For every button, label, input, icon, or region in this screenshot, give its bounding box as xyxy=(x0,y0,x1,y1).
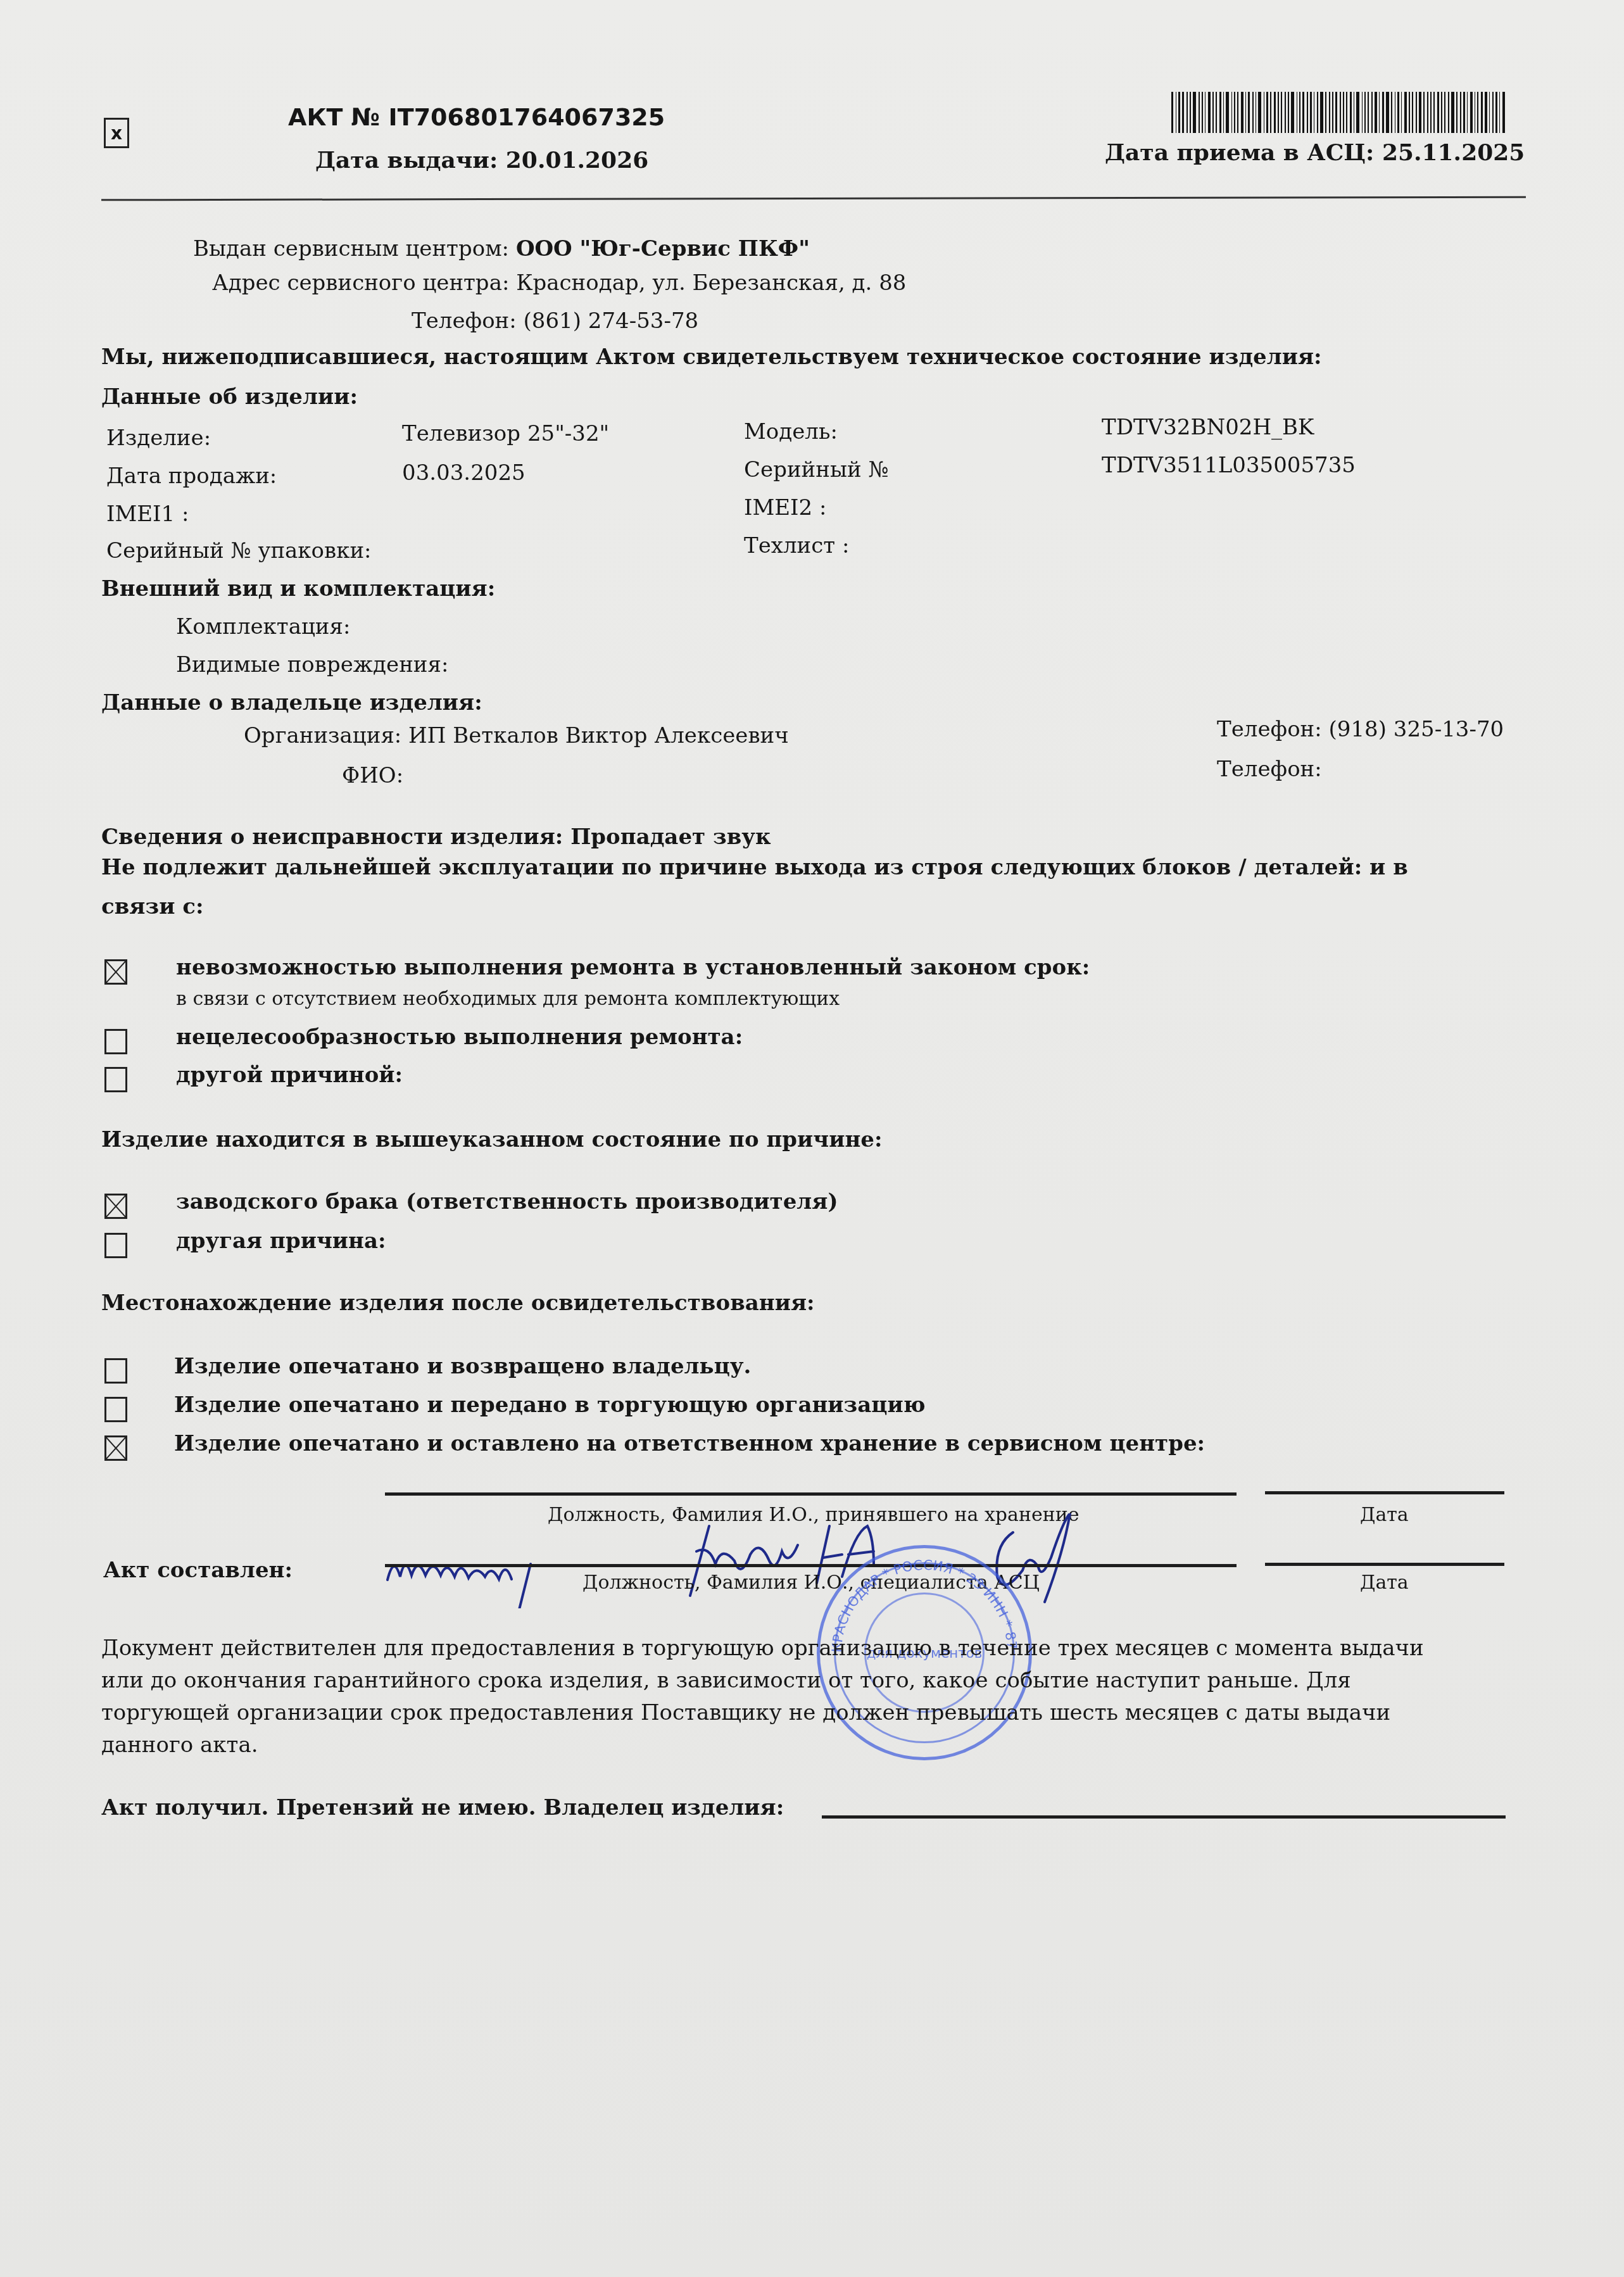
barcode-bar xyxy=(1288,92,1290,133)
barcode-bar xyxy=(1395,92,1396,133)
barcode-bar xyxy=(1448,92,1449,133)
organization-value: ИП Веткалов Виктор Алексеевич xyxy=(408,723,789,748)
barcode-bar xyxy=(1248,92,1250,133)
barcode-bar xyxy=(1412,92,1413,133)
barcode-bar xyxy=(1241,92,1243,133)
barcode-bar xyxy=(1302,92,1304,133)
barcode-bar xyxy=(1463,92,1465,133)
barcode-bar xyxy=(1499,92,1501,133)
barcode-bar xyxy=(1492,92,1494,133)
serial-label: Серийный № xyxy=(744,457,889,483)
validity-line-4: данного акта. xyxy=(101,1732,258,1758)
barcode-bar xyxy=(1178,92,1180,133)
location-label-2: Изделие опечатано и передано в торгующую… xyxy=(174,1392,926,1418)
organization-label: Организация: xyxy=(244,723,401,748)
barcode-bar xyxy=(1470,92,1472,133)
barcode-bar xyxy=(1379,92,1380,133)
validity-line-1: Документ действителен для предоставления… xyxy=(101,1636,1424,1661)
barcode-bar xyxy=(1375,92,1376,133)
barcode-bar xyxy=(1176,92,1177,133)
package-serial-label: Серийный № упаковки: xyxy=(106,538,372,564)
barcode-bar xyxy=(1285,92,1286,133)
damage-label: Видимые повреждения: xyxy=(176,652,448,678)
barcode-bar xyxy=(1237,92,1239,133)
handwritten-signature xyxy=(380,1513,1152,1608)
location-heading: Местонахождение изделия после освидетель… xyxy=(101,1290,815,1316)
barcode-bar xyxy=(1350,92,1352,133)
received-statement: Акт получил. Претензий не имею. Владелец… xyxy=(101,1795,784,1820)
not-usable-cont: связи с: xyxy=(101,894,203,919)
location-checkbox-2[interactable] xyxy=(104,1397,127,1422)
model-value: TDTV32BN02H_BK xyxy=(1102,415,1314,440)
issued-by-label: Выдан сервисным центром: xyxy=(193,236,509,262)
barcode-bar xyxy=(1216,92,1218,133)
barcode-bar xyxy=(1190,92,1191,133)
validity-line-2: или до окончания гарантийного срока изде… xyxy=(101,1668,1351,1693)
storage-date-caption: Дата xyxy=(1360,1504,1409,1526)
location-label-3: Изделие опечатано и оставлено на ответст… xyxy=(174,1431,1205,1456)
barcode-bar xyxy=(1467,92,1468,133)
receipt-date: Дата приема в АСЦ: 25.11.2025 xyxy=(1105,139,1525,166)
appearance-heading: Внешний вид и комплектация: xyxy=(101,576,495,602)
barcode-bar xyxy=(1329,92,1331,133)
barcode-bar xyxy=(1205,92,1206,133)
barcode-bar xyxy=(1252,92,1254,133)
validity-line-3: торгующей организации срок предоставлени… xyxy=(101,1700,1390,1725)
cause-label-1: заводского брака (ответственность произв… xyxy=(176,1189,838,1214)
barcode-bar xyxy=(1256,92,1257,133)
cause-heading: Изделие находится в вышеуказанном состоя… xyxy=(101,1127,882,1152)
barcode-bar xyxy=(1270,92,1271,133)
owner-signature-line[interactable] xyxy=(822,1815,1506,1819)
barcode-bar xyxy=(1460,92,1462,133)
phone-label: Телефон: xyxy=(412,308,517,334)
barcode-bar xyxy=(1291,92,1294,133)
barcode-bar xyxy=(1416,92,1417,133)
owner-phone-2: Телефон: xyxy=(1217,757,1322,782)
barcode-bar xyxy=(1332,92,1333,133)
barcode-bar xyxy=(1202,92,1203,133)
barcode-bar xyxy=(1475,92,1476,133)
barcode-bar xyxy=(1397,92,1399,133)
barcode-bar xyxy=(1231,92,1233,133)
header-divider xyxy=(101,196,1526,201)
barcode-bar xyxy=(1208,92,1210,133)
not-usable-statement: Не подлежит дальнейшей эксплуатации по п… xyxy=(101,855,1408,880)
barcode-bar xyxy=(1317,92,1318,133)
specialist-signature-line[interactable] xyxy=(385,1564,1237,1567)
sale-date-value: 03.03.2025 xyxy=(402,460,526,486)
barcode-bar xyxy=(1391,92,1392,133)
barcode-bar xyxy=(1368,92,1369,133)
reason-note-1: в связи с отсутствием необходимых для ре… xyxy=(176,988,840,1010)
barcode-bar xyxy=(1451,92,1454,133)
barcode-bar xyxy=(1430,92,1432,133)
reason-label-2: нецелесообразностью выполнения ремонта: xyxy=(176,1025,743,1050)
barcode-bar xyxy=(1437,92,1439,133)
service-center-phone: Телефон: (861) 274-53-78 xyxy=(412,308,698,334)
defect-info: Сведения о неисправности изделия: Пропад… xyxy=(101,824,771,850)
barcode-bar xyxy=(1362,92,1363,133)
barcode-bar xyxy=(1335,92,1337,133)
barcode-bar xyxy=(1182,92,1184,133)
barcode-bar xyxy=(1219,92,1221,133)
techlist-label: Техлист : xyxy=(744,533,849,558)
document-page: x АКТ № IT706801764067325 Дата выдачи: 2… xyxy=(0,0,1624,2277)
act-made-label: Акт составлен: xyxy=(103,1558,293,1583)
owner-heading: Данные о владельце изделия: xyxy=(101,690,482,716)
reason-checkbox-2[interactable] xyxy=(104,1029,127,1054)
barcode-bar xyxy=(1427,92,1429,133)
barcode-bar xyxy=(1477,92,1478,133)
cause-checkbox-2[interactable] xyxy=(104,1233,127,1258)
barcode-bar xyxy=(1346,92,1348,133)
intro-statement: Мы, нижеподписавшиеся, настоящим Актом с… xyxy=(101,344,1322,370)
issued-by-value: ООО "Юг-Сервис ПКФ" xyxy=(516,236,810,262)
location-label-1: Изделие опечатано и возвращено владельцу… xyxy=(174,1354,751,1379)
service-center-address: Адрес сервисного центра: Краснодар, ул. … xyxy=(212,270,906,296)
barcode-bar xyxy=(1423,92,1425,133)
barcode-bar xyxy=(1433,92,1435,133)
location-checkbox-1[interactable] xyxy=(104,1358,127,1384)
owner-phone-1: Телефон: (918) 325-13-70 xyxy=(1217,717,1504,742)
barcode-bar xyxy=(1258,92,1261,133)
barcode-bar xyxy=(1278,92,1280,133)
barcode-bar xyxy=(1343,92,1344,133)
specialist-date-line[interactable] xyxy=(1265,1563,1504,1566)
barcode-bar xyxy=(1485,92,1487,133)
barcode-bar xyxy=(1226,92,1228,133)
imei2-label: IMEI2 : xyxy=(744,495,826,520)
barcode-bar xyxy=(1245,92,1247,133)
barcode-bar xyxy=(1281,92,1282,133)
imei1-label: IMEI1 : xyxy=(106,501,189,527)
close-box-icon: x xyxy=(104,118,129,148)
address-label: Адрес сервисного центра: xyxy=(212,270,509,296)
barcode-bar xyxy=(1320,92,1323,133)
owner-organization: Организация: ИП Веткалов Виктор Алексеев… xyxy=(244,723,789,748)
product-label: Изделие: xyxy=(106,426,211,451)
act-number: АКТ № IT706801764067325 xyxy=(288,103,665,131)
reason-checkbox-3[interactable] xyxy=(104,1067,127,1092)
reason-checkbox-1[interactable] xyxy=(104,959,127,985)
product-heading: Данные об изделии: xyxy=(101,384,358,410)
barcode-bar xyxy=(1266,92,1268,133)
barcode-bar xyxy=(1264,92,1265,133)
barcode-bar xyxy=(1354,92,1355,133)
barcode-bar xyxy=(1310,92,1312,133)
barcode-bar xyxy=(1274,92,1276,133)
barcode-bar xyxy=(1356,92,1359,133)
barcode-bar xyxy=(1299,92,1300,133)
location-checkbox-3[interactable] xyxy=(104,1435,127,1461)
barcode-bar xyxy=(1386,92,1389,133)
barcode-bar xyxy=(1481,92,1483,133)
barcode-bar xyxy=(1371,92,1373,133)
barcode-bar xyxy=(1171,92,1173,133)
model-label: Модель: xyxy=(744,419,838,445)
barcode-bar xyxy=(1382,92,1384,133)
barcode-bar xyxy=(1223,92,1224,133)
barcode-bar xyxy=(1297,92,1298,133)
sale-date-label: Дата продажи: xyxy=(106,464,277,489)
barcode-bar xyxy=(1495,92,1497,133)
barcode-bar xyxy=(1404,92,1406,133)
service-center-issued: Выдан сервисным центром: ООО "Юг-Сервис … xyxy=(193,236,810,262)
barcode-bar xyxy=(1325,92,1326,133)
barcode-bar xyxy=(1419,92,1421,133)
completeness-label: Комплектация: xyxy=(176,614,350,640)
barcode-bar xyxy=(1187,92,1188,133)
barcode-bar xyxy=(1199,92,1200,133)
barcode-bar xyxy=(1193,92,1196,133)
product-value: Телевизор 25"-32" xyxy=(402,421,609,446)
serial-value: TDTV3511L035005735 xyxy=(1102,453,1356,478)
barcode-bar xyxy=(1401,92,1402,133)
barcode-bar xyxy=(1212,92,1214,133)
issue-date: Дата выдачи: 20.01.2026 xyxy=(315,147,648,173)
barcode-bar xyxy=(1441,92,1443,133)
barcode-bar xyxy=(1444,92,1445,133)
phone-value: (861) 274-53-78 xyxy=(524,308,699,334)
fio-label: ФИО: xyxy=(342,763,403,788)
specialist-date-caption: Дата xyxy=(1360,1572,1409,1594)
barcode-bar xyxy=(1456,92,1457,133)
reason-label-3: другой причиной: xyxy=(176,1063,403,1088)
reason-label-1: невозможностью выполнения ремонта в уста… xyxy=(176,955,1090,980)
barcode-bar xyxy=(1364,92,1366,133)
storage-date-line[interactable] xyxy=(1265,1491,1504,1494)
barcode-bar xyxy=(1409,92,1411,133)
barcode-bar xyxy=(1307,92,1308,133)
barcode-bar xyxy=(1502,92,1504,133)
address-value: Краснодар, ул. Березанская, д. 88 xyxy=(516,270,906,296)
cause-checkbox-1[interactable] xyxy=(104,1194,127,1219)
barcode xyxy=(1171,92,1507,133)
barcode-bar xyxy=(1340,92,1341,133)
barcode-bar xyxy=(1314,92,1315,133)
barcode-bar xyxy=(1489,92,1490,133)
cause-label-2: другая причина: xyxy=(176,1228,386,1254)
barcode-bar xyxy=(1234,92,1235,133)
storage-signature-line[interactable] xyxy=(385,1492,1237,1496)
